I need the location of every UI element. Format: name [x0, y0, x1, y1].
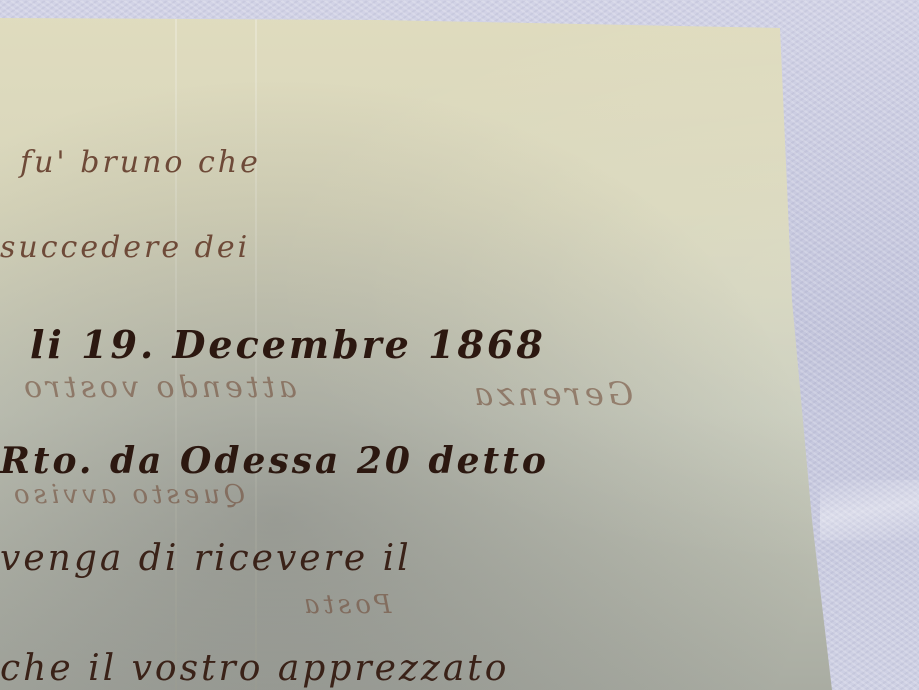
- letter-paper: attendo vostro Gerenza Posta Questo avvi…: [0, 0, 919, 690]
- letter-line: che il vostro apprezzato: [0, 648, 509, 689]
- letter-line: succedere dei: [0, 230, 250, 265]
- letter-line: venga di ricevere il: [0, 538, 412, 579]
- bleed-through-text: attendo vostro: [20, 370, 297, 405]
- bleed-through-text: Questo avviso: [10, 480, 245, 510]
- cloth-fold-highlight: [820, 480, 919, 540]
- letter-line: fu' bruno che: [20, 145, 261, 180]
- received-line: Rto. da Odessa 20 detto: [0, 440, 549, 482]
- bleed-through-text: Posta: [300, 590, 391, 620]
- bleed-through-text: Gerenza: [470, 375, 633, 413]
- date-line: li 19. Decembre 1868: [30, 322, 546, 367]
